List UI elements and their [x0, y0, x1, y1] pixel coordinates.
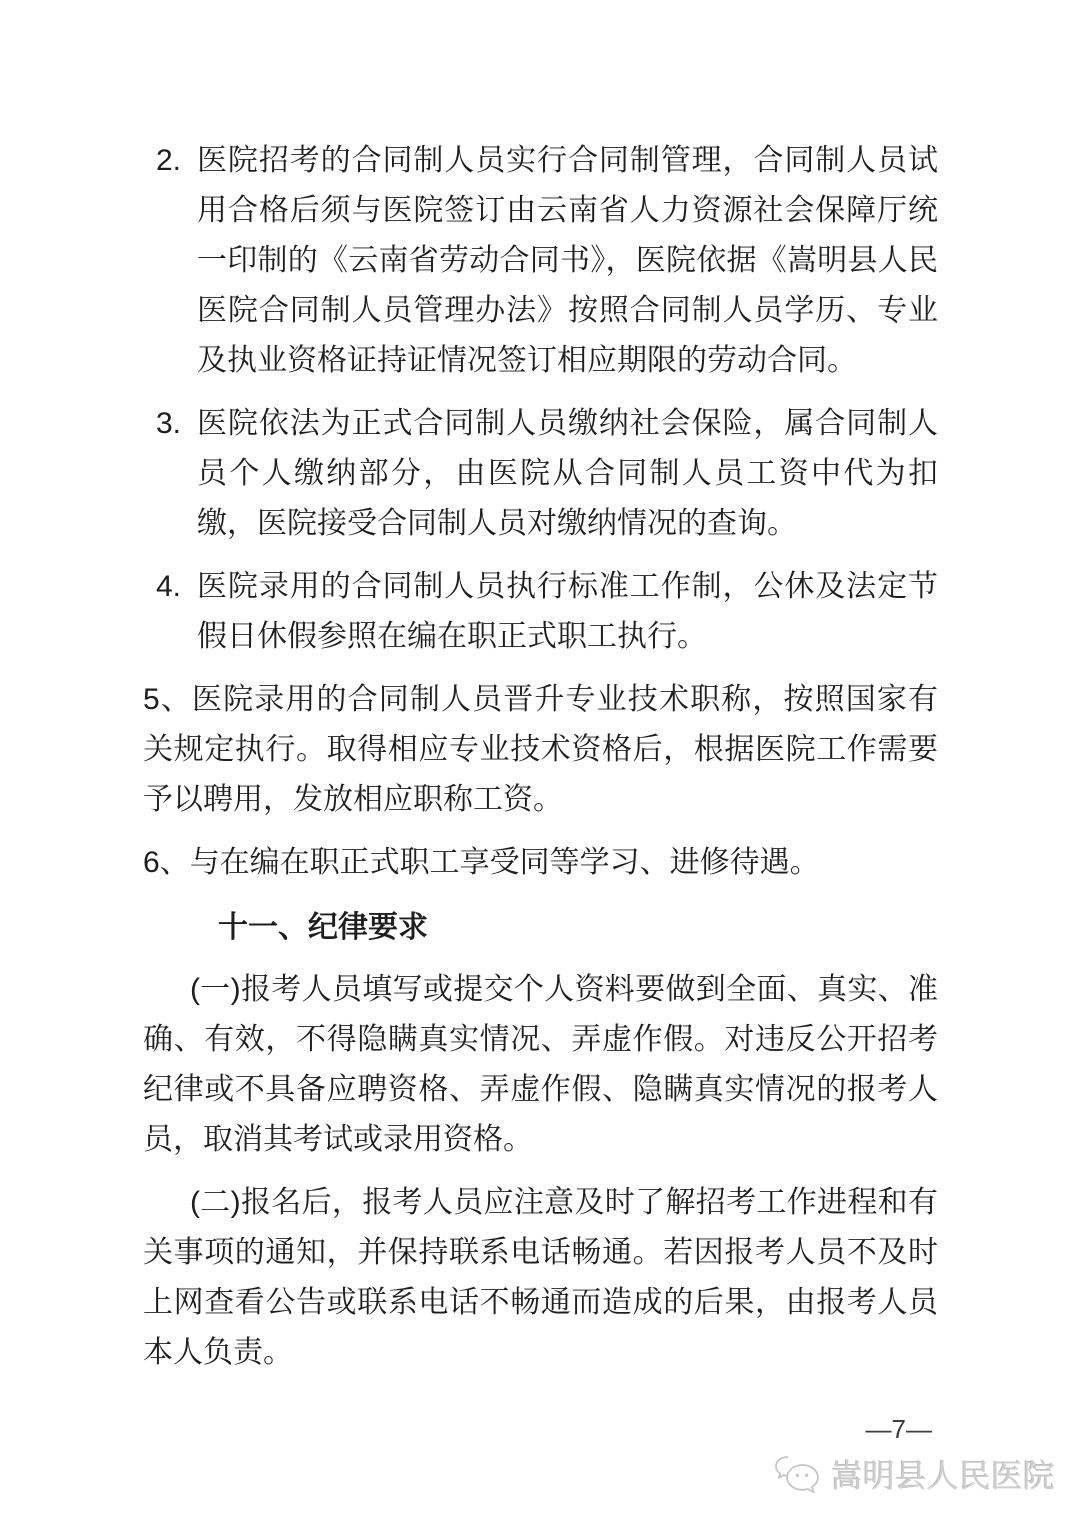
paragraph-text: 报名后，报考人员应注意及时了解招考工作进程和有关事项的通知，并保持联系电话畅通。…	[143, 1186, 938, 1369]
list-item: 3. 医院依法为正式合同制人员缴纳社会保险，属合同制人员个人缴纳部分，由医院从合…	[143, 399, 938, 549]
list-item-text: 医院依法为正式合同制人员缴纳社会保险，属合同制人员个人缴纳部分，由医院从合同制人…	[197, 407, 938, 540]
list-item-marker: 2.	[156, 136, 181, 186]
paragraph-label: (二)	[190, 1186, 241, 1219]
watermark-text: 嵩明县人民医院	[831, 1451, 1055, 1501]
list-item-marker: 3.	[156, 399, 181, 449]
list-item-marker: 4.	[156, 562, 181, 612]
list-item: 2. 医院招考的合同制人员实行合同制管理，合同制人员试用合格后须与医院签订由云南…	[143, 136, 938, 386]
watermark: 嵩明县人民医院	[774, 1451, 1055, 1501]
page-number: —7—	[0, 1414, 932, 1444]
list-item-text: 医院招考的合同制人员实行合同制管理，合同制人员试用合格后须与医院签订由云南省人力…	[197, 144, 938, 377]
list-item: 4. 医院录用的合同制人员执行标准工作制，公休及法定节假日休假参照在编在职正式职…	[143, 562, 938, 662]
paragraph-text: 报考人员填写或提交个人资料要做到全面、真实、准确、有效，不得隐瞒真实情况、弄虚作…	[143, 973, 938, 1156]
list-item-marker: 6、	[143, 846, 190, 879]
paragraph: (二)报名后，报考人员应注意及时了解招考工作进程和有关事项的通知，并保持联系电话…	[143, 1178, 938, 1378]
document-page: 2. 医院招考的合同制人员实行合同制管理，合同制人员试用合格后须与医院签订由云南…	[0, 0, 1080, 1527]
list-item-text: 与在编在职正式职工享受同等学习、进修待遇。	[190, 846, 820, 879]
paragraph-label: (一)	[190, 973, 241, 1006]
document-content: 2. 医院招考的合同制人员实行合同制管理，合同制人员试用合格后须与医院签订由云南…	[143, 136, 938, 1391]
paragraph: (一)报考人员填写或提交个人资料要做到全面、真实、准确、有效，不得隐瞒真实情况、…	[143, 965, 938, 1165]
list-item: 6、与在编在职正式职工享受同等学习、进修待遇。	[143, 838, 938, 888]
section-heading: 十一、纪律要求	[143, 903, 938, 953]
list-item-marker: 5、	[143, 683, 192, 716]
list-item: 5、医院录用的合同制人员晋升专业技术职称，按照国家有关规定执行。取得相应专业技术…	[143, 675, 938, 825]
list-item-text: 医院录用的合同制人员晋升专业技术职称，按照国家有关规定执行。取得相应专业技术资格…	[143, 683, 938, 816]
wechat-icon	[774, 1453, 822, 1499]
list-item-text: 医院录用的合同制人员执行标准工作制，公休及法定节假日休假参照在编在职正式职工执行…	[197, 570, 938, 653]
